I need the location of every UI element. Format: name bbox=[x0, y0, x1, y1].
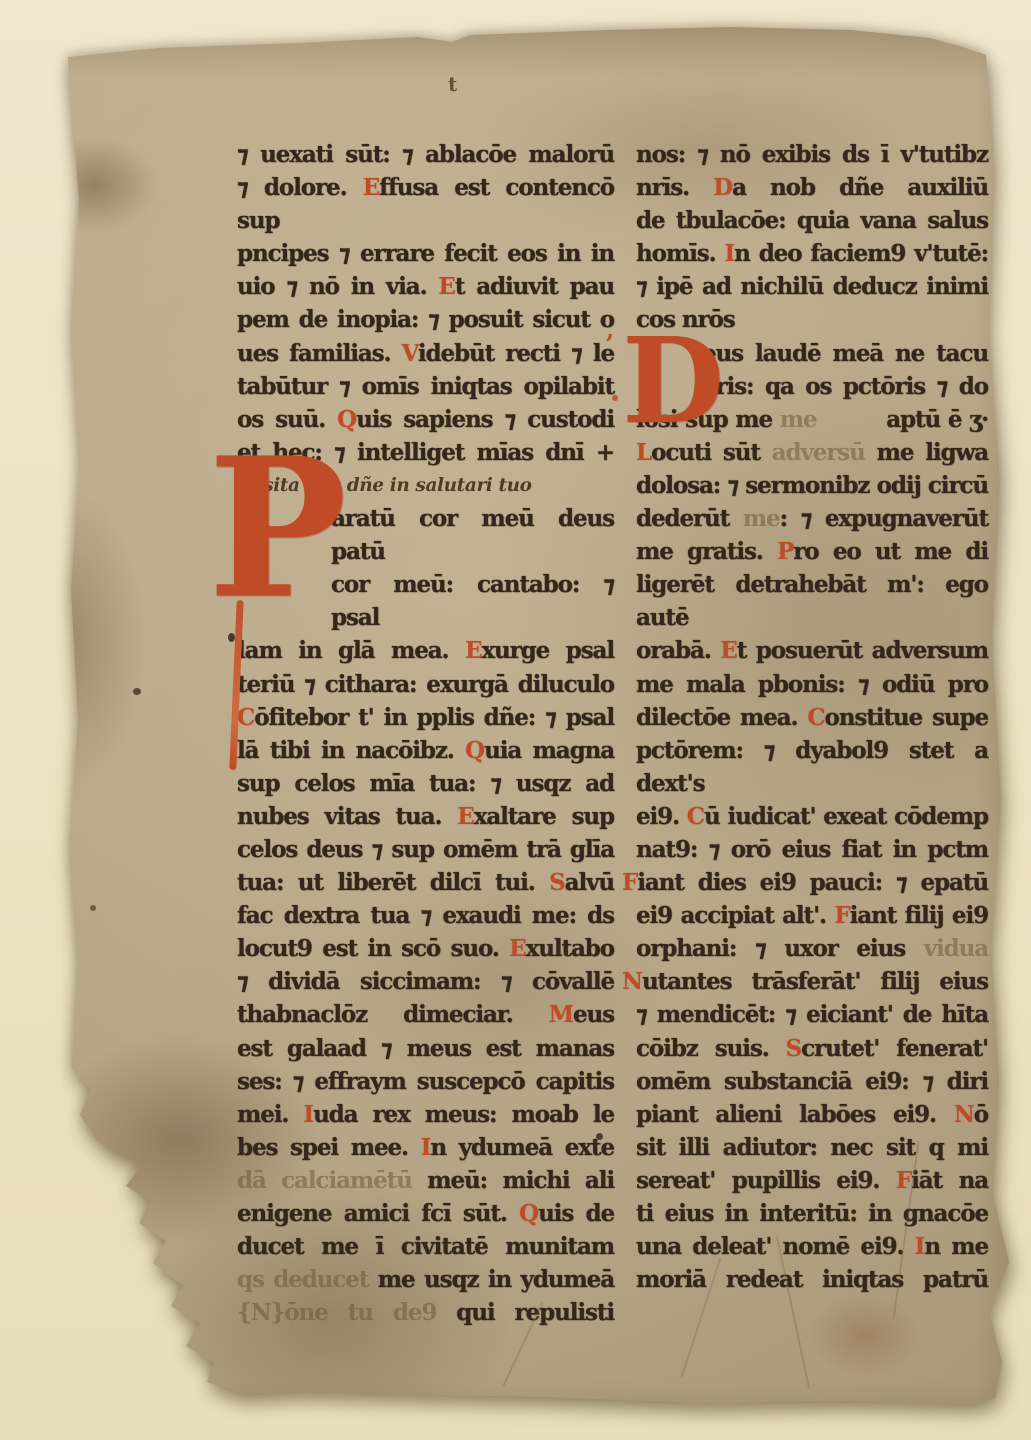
text-line: piant alieni labōes ei9. Nō bbox=[636, 1098, 988, 1131]
text-line: ⁊ ipē ad nichilū deducz inimi bbox=[636, 270, 988, 303]
text-line: orphani: ⁊ uxor eius vidua bbox=[636, 932, 988, 965]
rubricated-capital: Q bbox=[465, 737, 484, 764]
rubricated-capital: C bbox=[807, 704, 824, 731]
text-line: moriā redeat iniqtas patrū bbox=[636, 1263, 988, 1296]
text-line: Cōfitebor t' in pplis dñe: ⁊ psal bbox=[237, 701, 614, 734]
rubricated-capital: F bbox=[834, 902, 849, 929]
red-paraph-mark: ’ bbox=[605, 330, 614, 360]
leaf-shadow-wrapper: t ⁊ uexati sūt: ⁊ ablacōe malorū⁊ dolore… bbox=[0, 0, 1031, 1440]
text-line: sit illi adiutor: nec sit q mi bbox=[636, 1131, 988, 1164]
text-line: locut9 est in scō suo. Exultabo bbox=[237, 932, 614, 965]
text-line: {N}ōne tu de9 qui repulisti bbox=[237, 1296, 614, 1329]
rubricated-capital: E bbox=[363, 174, 379, 201]
text-line: thabnaclōz dimeciar. Meus bbox=[237, 998, 614, 1031]
text-line: ligerēt detrahebāt m': ego autē bbox=[636, 568, 988, 634]
text-line: cor meū: cantabo: ⁊ psal bbox=[331, 568, 614, 634]
text-line: ⁊ dividā siccimam: ⁊ cōvallē bbox=[237, 965, 614, 998]
rubricated-capital: E bbox=[509, 935, 525, 962]
text-line: est galaad ⁊ meus est manas bbox=[237, 1032, 614, 1065]
text-line: homīs. In deo faciem9 v'tutē: bbox=[636, 237, 988, 270]
text-line: ti eius in interitū: in gnacōe bbox=[636, 1197, 988, 1230]
rubricated-capital: M bbox=[549, 1001, 573, 1028]
text-line: ducet me ī civitatē munitam bbox=[237, 1230, 614, 1263]
text-line: dilectōe mea. Constitue supe bbox=[636, 701, 988, 734]
rubricated-capital: C bbox=[237, 704, 254, 731]
text-column-left: ⁊ uexati sūt: ⁊ ablacōe malorū⁊ dolore. … bbox=[237, 138, 614, 1329]
rubricated-capital: N bbox=[954, 1101, 974, 1128]
text-line: Nutantes trāsferāt' filij eius bbox=[622, 965, 988, 998]
text-line: nrīs. Da nob dñe auxiliū bbox=[636, 171, 988, 204]
initial-P: P bbox=[208, 432, 347, 624]
rubricated-capital: D bbox=[713, 174, 732, 201]
text-line: lā tibi in nacōibz. Quia magna bbox=[237, 734, 614, 767]
rubricated-capital: I bbox=[915, 1233, 925, 1260]
text-line: uio ⁊ nō in via. Et adiuvit pau bbox=[237, 270, 614, 303]
worm-hole bbox=[90, 905, 96, 911]
rubricated-capital: E bbox=[720, 637, 736, 664]
text-line: aratū cor meū deus patū bbox=[331, 502, 614, 568]
faded-text: vidua bbox=[924, 935, 988, 962]
faded-text: me bbox=[780, 406, 879, 433]
text-line: eus laudē meā ne tacu bbox=[702, 337, 988, 370]
rubricated-capital: N bbox=[622, 968, 642, 995]
text-line: de tbulacōe: quia vana salus bbox=[636, 204, 988, 237]
rubricated-capital: S bbox=[786, 1035, 802, 1062]
manuscript-leaf: t ⁊ uexati sūt: ⁊ ablacōe malorū⁊ dolore… bbox=[0, 0, 1031, 1440]
rubricated-capital: F bbox=[622, 869, 637, 896]
rubricated-capital: E bbox=[465, 637, 481, 664]
rubricated-capital: S bbox=[549, 869, 565, 896]
text-line: tabūtur ⁊ omīs iniqtas opilabit bbox=[237, 370, 614, 403]
text-line: pem de inopia: ⁊ posuit sicut o bbox=[237, 303, 614, 336]
text-line: ⁊ uexati sūt: ⁊ ablacōe malorū bbox=[237, 138, 614, 171]
text-line: teriū ⁊ cithara: exurgā diluculo bbox=[237, 668, 614, 701]
text-line: qs deducet me usqz in ydumeā bbox=[237, 1263, 614, 1296]
text-line: celos deus ⁊ sup omēm trā glīa bbox=[237, 833, 614, 866]
text-line: ⁊ dolore. Effusa est contencō sup bbox=[237, 171, 614, 237]
ink-speck bbox=[228, 633, 235, 642]
text-line: nubes vitas tua. Exaltare sup bbox=[237, 800, 614, 833]
faded-text: adversū bbox=[772, 439, 865, 466]
rubricated-capital: I bbox=[303, 1101, 313, 1128]
text-line: Fiant dies ei9 pauci: ⁊ epatū bbox=[622, 866, 988, 899]
text-line: fac dextra tua ⁊ exaudi me: ds bbox=[237, 899, 614, 932]
text-line: nos: ⁊ nō exibis ds ī v'tutibz bbox=[636, 138, 988, 171]
initial-D: D bbox=[622, 322, 724, 440]
faded-text: qs deducet bbox=[237, 1266, 368, 1293]
rubricated-capital: E bbox=[457, 803, 473, 830]
text-line: dolosa: ⁊ sermonibz odij circū bbox=[636, 469, 988, 502]
text-line: ei9. Cū iudicat' exeat cōdemp bbox=[636, 800, 988, 833]
faded-text: {N}ōne tu de9 bbox=[237, 1299, 436, 1326]
text-line: sereat' pupillis ei9. Fiāt na bbox=[636, 1164, 988, 1197]
text-line: sup celos mīa tua: ⁊ usqz ad bbox=[237, 767, 614, 800]
text-line: una deleat' nomē ei9. In me bbox=[636, 1230, 988, 1263]
faded-text: me bbox=[743, 505, 780, 532]
text-line: ses: ⁊ effraym suscepcō capitis bbox=[237, 1065, 614, 1098]
text-line: enigene amici fcī sūt. Quis de bbox=[237, 1197, 614, 1230]
text-line: ues familias. Videbūt recti ⁊ le bbox=[237, 337, 614, 370]
text-line: eris: qa os pctōris ⁊ do bbox=[702, 370, 988, 403]
text-line: orabā. Et posuerūt adversum bbox=[636, 634, 988, 667]
rubricated-capital: F bbox=[896, 1167, 911, 1194]
text-line: nat9: ⁊ orō eius fiat in pctm bbox=[636, 833, 988, 866]
text-line: omēm substanciā ei9: ⁊ diri bbox=[636, 1065, 988, 1098]
quire-mark: t bbox=[448, 72, 457, 96]
text-line: me gratis. Pro eo ut me di bbox=[636, 535, 988, 568]
text-line: mei. Iuda rex meus: moab le bbox=[237, 1098, 614, 1131]
text-line: cōibz suis. Scrutet' fenerat' bbox=[636, 1032, 988, 1065]
ink-speck bbox=[596, 1133, 603, 1140]
text-line: ⁊ mendicēt: ⁊ eiciant' de hīta bbox=[636, 998, 988, 1031]
rubricated-capital: I bbox=[421, 1134, 431, 1161]
rubricated-capital: V bbox=[402, 340, 418, 367]
red-speck bbox=[612, 395, 618, 401]
rubricated-capital: I bbox=[724, 240, 734, 267]
ink-speck bbox=[133, 688, 141, 695]
rubricated-capital: Q bbox=[519, 1200, 538, 1227]
rubricated-capital: P bbox=[777, 538, 793, 565]
photo-canvas: t ⁊ uexati sūt: ⁊ ablacōe malorū⁊ dolore… bbox=[0, 0, 1031, 1440]
text-line: pncipes ⁊ errare fecit eos in in bbox=[237, 237, 614, 270]
text-line: me mala pbonis: ⁊ odiū pro bbox=[636, 668, 988, 701]
rubricated-capital: E bbox=[438, 273, 454, 300]
faded-text: dā calciamētū bbox=[237, 1167, 412, 1194]
text-line: pctōrem: ⁊ dyabol9 stet a dext's bbox=[636, 734, 988, 800]
text-line: bes spei mee. In ydumeā exte bbox=[237, 1131, 614, 1164]
text-line: ei9 accipiat alt'. Fiant filij ei9 bbox=[636, 899, 988, 932]
text-line: dā calciamētū meū: michi ali bbox=[237, 1164, 614, 1197]
rubricated-capital: C bbox=[687, 803, 704, 830]
text-line: tua: ut liberēt dilcī tui. Salvū bbox=[237, 866, 614, 899]
text-line: dederūt me: ⁊ expugnaverūt bbox=[636, 502, 988, 535]
